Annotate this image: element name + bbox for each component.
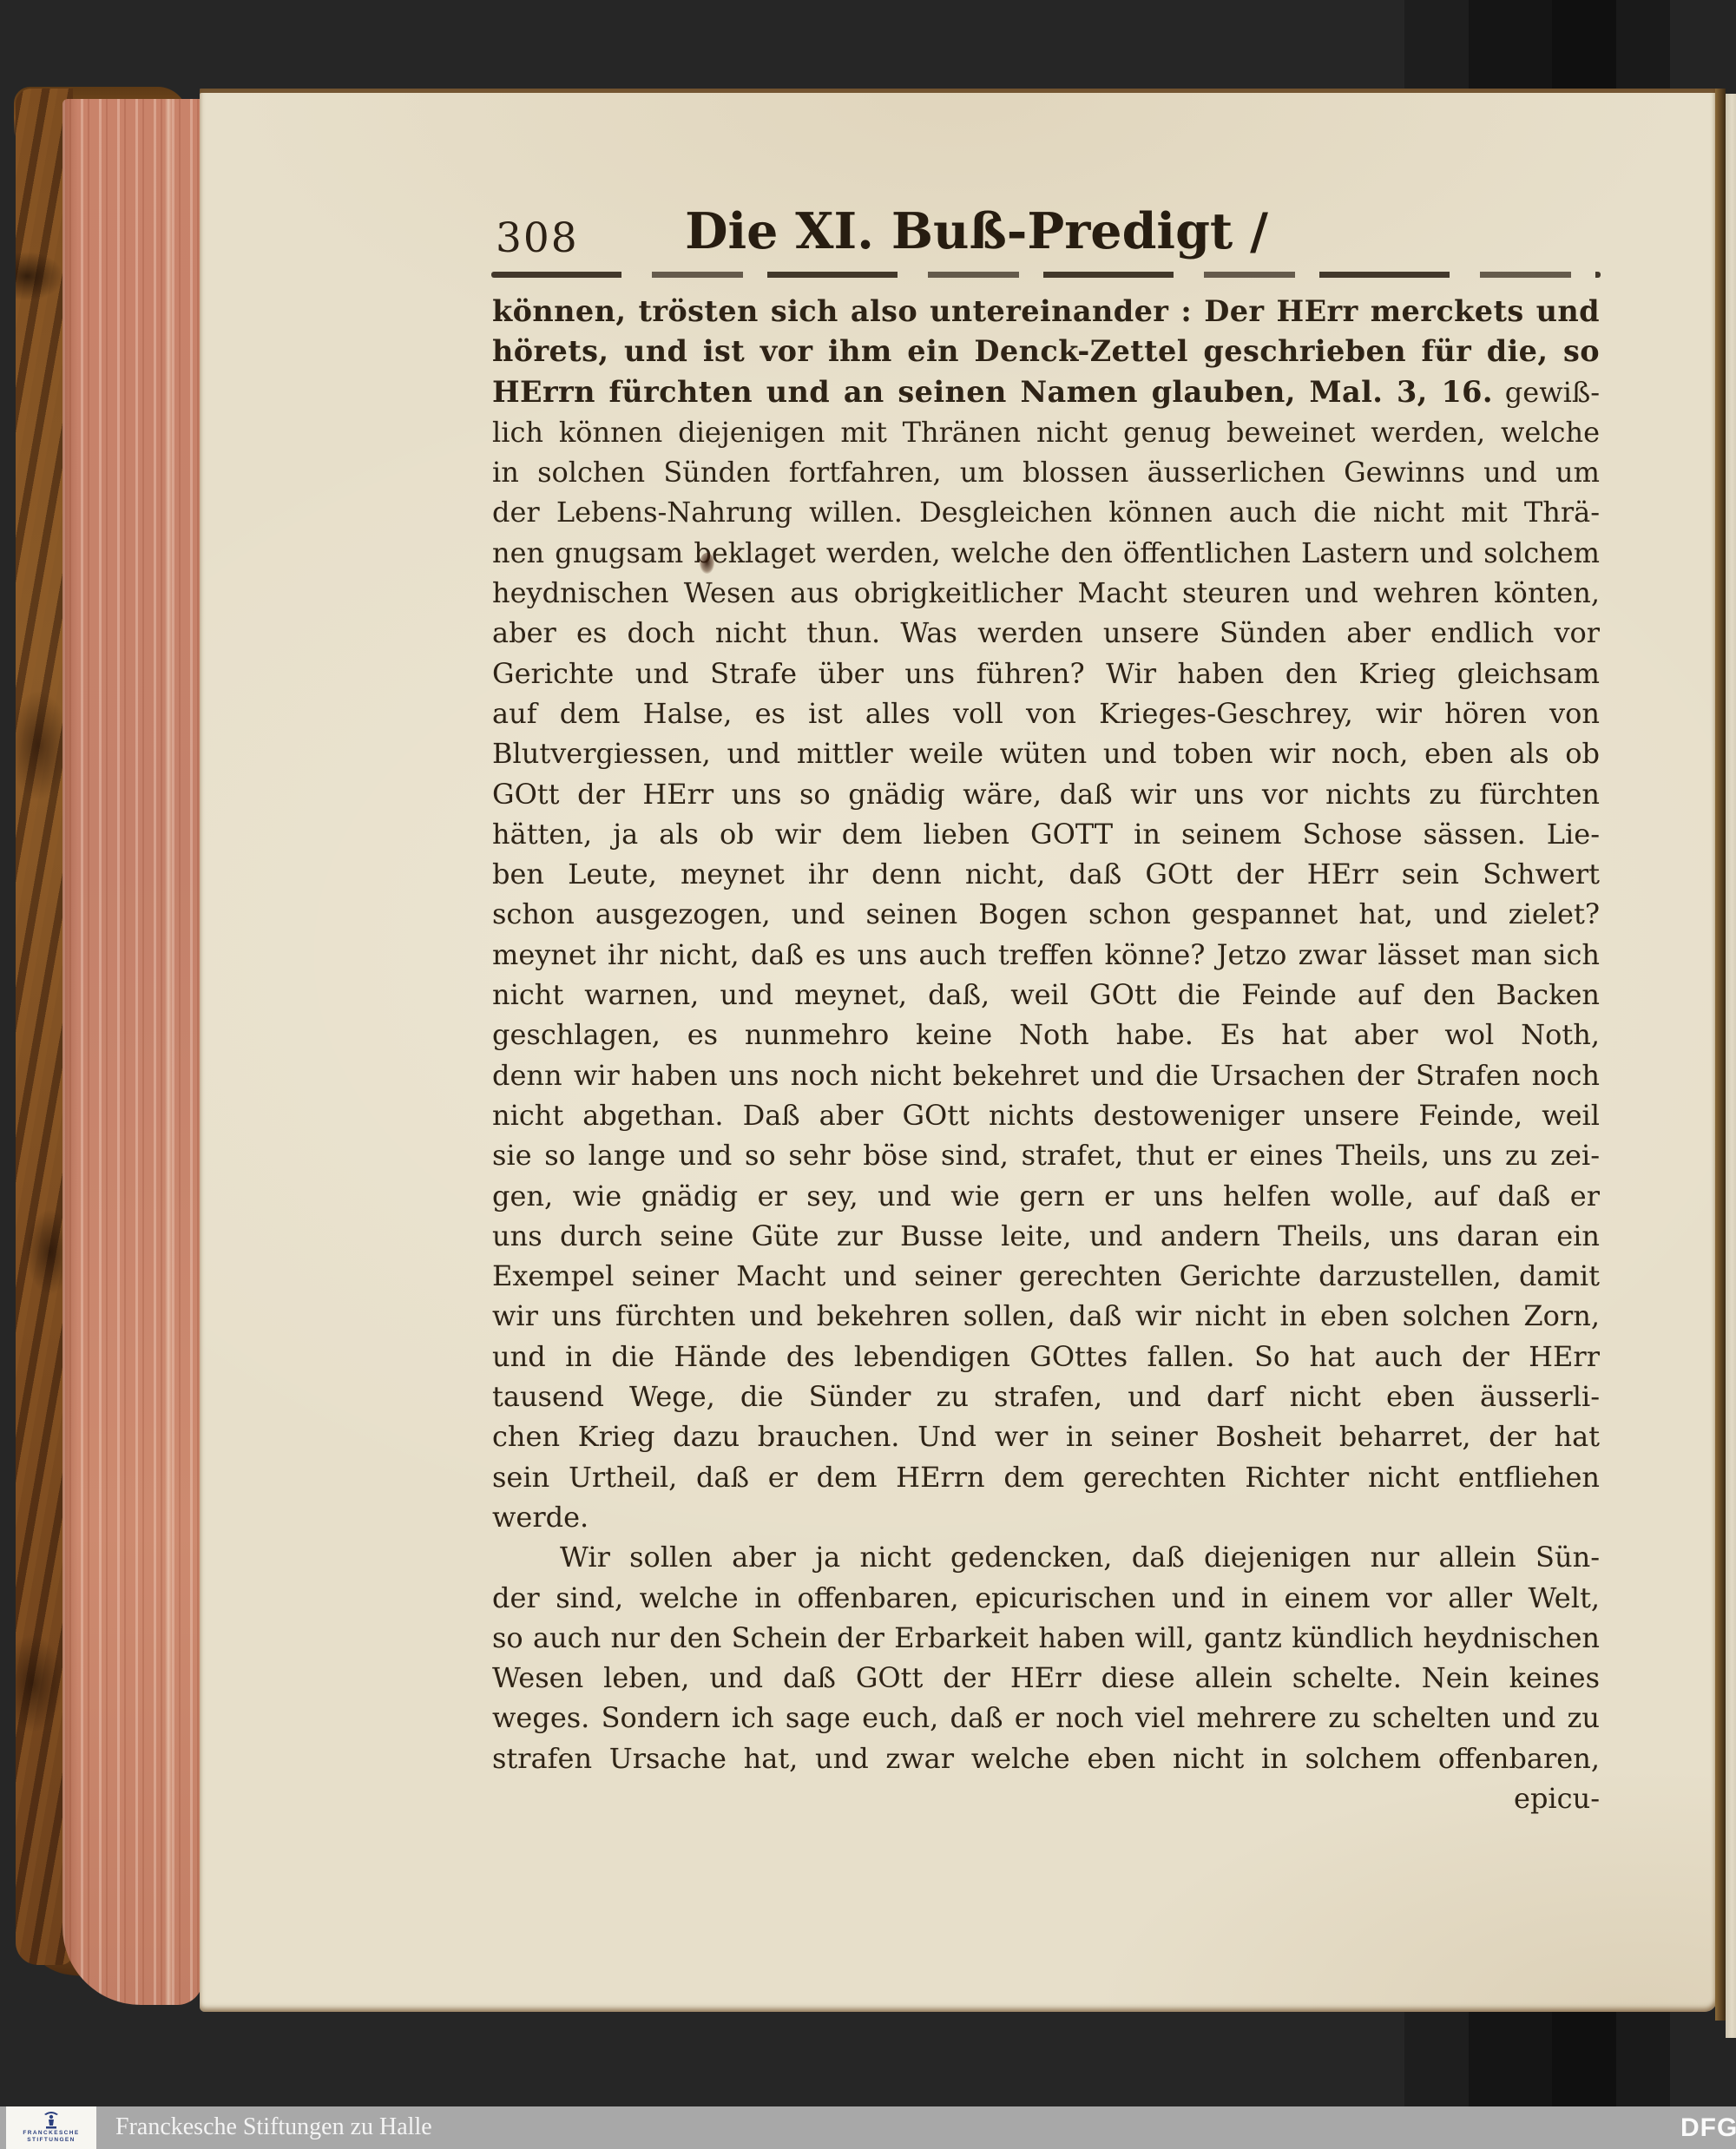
text-line: können, trösten sich also untereinander … [492,292,1600,332]
text-line: sie so lange und so sehr böse sind, stra… [492,1135,1600,1175]
text-line: uns durch seine Güte zur Busse leite, un… [492,1216,1600,1256]
text-line: Gerichte und Strafe über uns führen? Wir… [492,654,1600,693]
text-line: lich können diejenigen mit Thränen nicht… [492,412,1600,452]
text-line: aber es doch nicht thun. Was werden unse… [492,613,1600,653]
text-line: nen gnugsam beklaget werden, welche den … [492,533,1600,573]
text-line: HErrn fürchten und an seinen Namen glaub… [492,372,1600,412]
franckesche-logo-text-line1: FRANCKESCHE [23,2130,79,2137]
text-line: der sind, welche in offenbaren, epicuris… [492,1578,1600,1618]
text-line: gen, wie gnädig er sey, und wie gern er … [492,1176,1600,1216]
gutter-shadow [1715,89,1726,2021]
text-line: sein Urtheil, daß er dem HErrn dem gerec… [492,1457,1600,1497]
text-line: Wir sollen aber ja nicht gedencken, daß … [492,1537,1600,1577]
text-line: der Lebens-Nahrung willen. Desgleichen k… [492,492,1600,532]
text-line: auf dem Halse, es ist alles voll von Kri… [492,693,1600,733]
text-line: strafen Ursache hat, und zwar welche ebe… [492,1738,1600,1778]
catchword: epicu- [492,1778,1600,1818]
institution-name: Franckesche Stiftungen zu Halle [115,2113,432,2141]
franckesche-logo-box: FRANCKESCHE STIFTUNGEN [6,2106,96,2149]
text-line: denn wir haben uns noch nicht bekehret u… [492,1055,1600,1095]
text-line: nicht abgethan. Daß aber GOtt nichts des… [492,1095,1600,1135]
text-line: tausend Wege, die Sünder zu strafen, und… [492,1377,1600,1416]
facing-page-edge [1726,94,1736,2038]
text-line: hörets, und ist vor ihm ein Denck-Zettel… [492,332,1600,371]
text-line: meynet ihr nicht, daß es uns auch treffe… [492,935,1600,975]
header-rule [491,272,1601,278]
franckesche-logo-text-line2: STIFTUNGEN [27,2137,76,2144]
text-line-normal-tail: gewiß- [1493,376,1600,409]
text-line: weges. Sondern ich sage euch, daß er noc… [492,1698,1600,1738]
franckesche-emblem-icon [42,2109,61,2130]
text-line: nicht warnen, und meynet, daß, weil GOtt… [492,975,1600,1015]
text-line: heydnischen Wesen aus obrigkeitlicher Ma… [492,573,1600,613]
text-line: wir uns fürchten und bekehren sollen, da… [492,1296,1600,1336]
page-block-fore-edge [62,99,203,2005]
viewer-footer-bar: FRANCKESCHE STIFTUNGEN Franckesche Stift… [0,2106,1736,2149]
text-line: GOtt der HErr uns so gnädig wäre, daß wi… [492,774,1600,814]
ink-blot [700,553,714,574]
digitized-book-scan: 308 Die XI. Buß-Predigt / können, tröste… [0,0,1736,2149]
text-line: so auch nur den Schein der Erbarkeit hab… [492,1618,1600,1658]
text-line: und in die Hände des lebendigen GOttes f… [492,1337,1600,1377]
text-line: Exempel seiner Macht und seiner gerechte… [492,1256,1600,1296]
body-text-block: können, trösten sich also untereinander … [492,292,1600,1818]
text-line: werde. [492,1497,1600,1537]
text-line: Blutvergiessen, und mittler weile wüten … [492,733,1600,773]
text-line: hätten, ja als ob wir dem lieben GOTT in… [492,814,1600,854]
text-line: geschlagen, es nunmehro keine Noth habe.… [492,1015,1600,1055]
text-line: schon ausgezogen, und seinen Bogen schon… [492,894,1600,934]
dfg-logo: DFG [1680,2113,1736,2143]
text-line: chen Krieg dazu brauchen. Und wer in sei… [492,1416,1600,1456]
running-head-title: Die XI. Buß-Predigt / [492,202,1600,260]
text-line: Wesen leben, und daß GOtt der HErr diese… [492,1658,1600,1698]
text-line: ben Leute, meynet ihr denn nicht, daß GO… [492,854,1600,894]
text-line: in solchen Sünden fortfahren, um blossen… [492,452,1600,492]
